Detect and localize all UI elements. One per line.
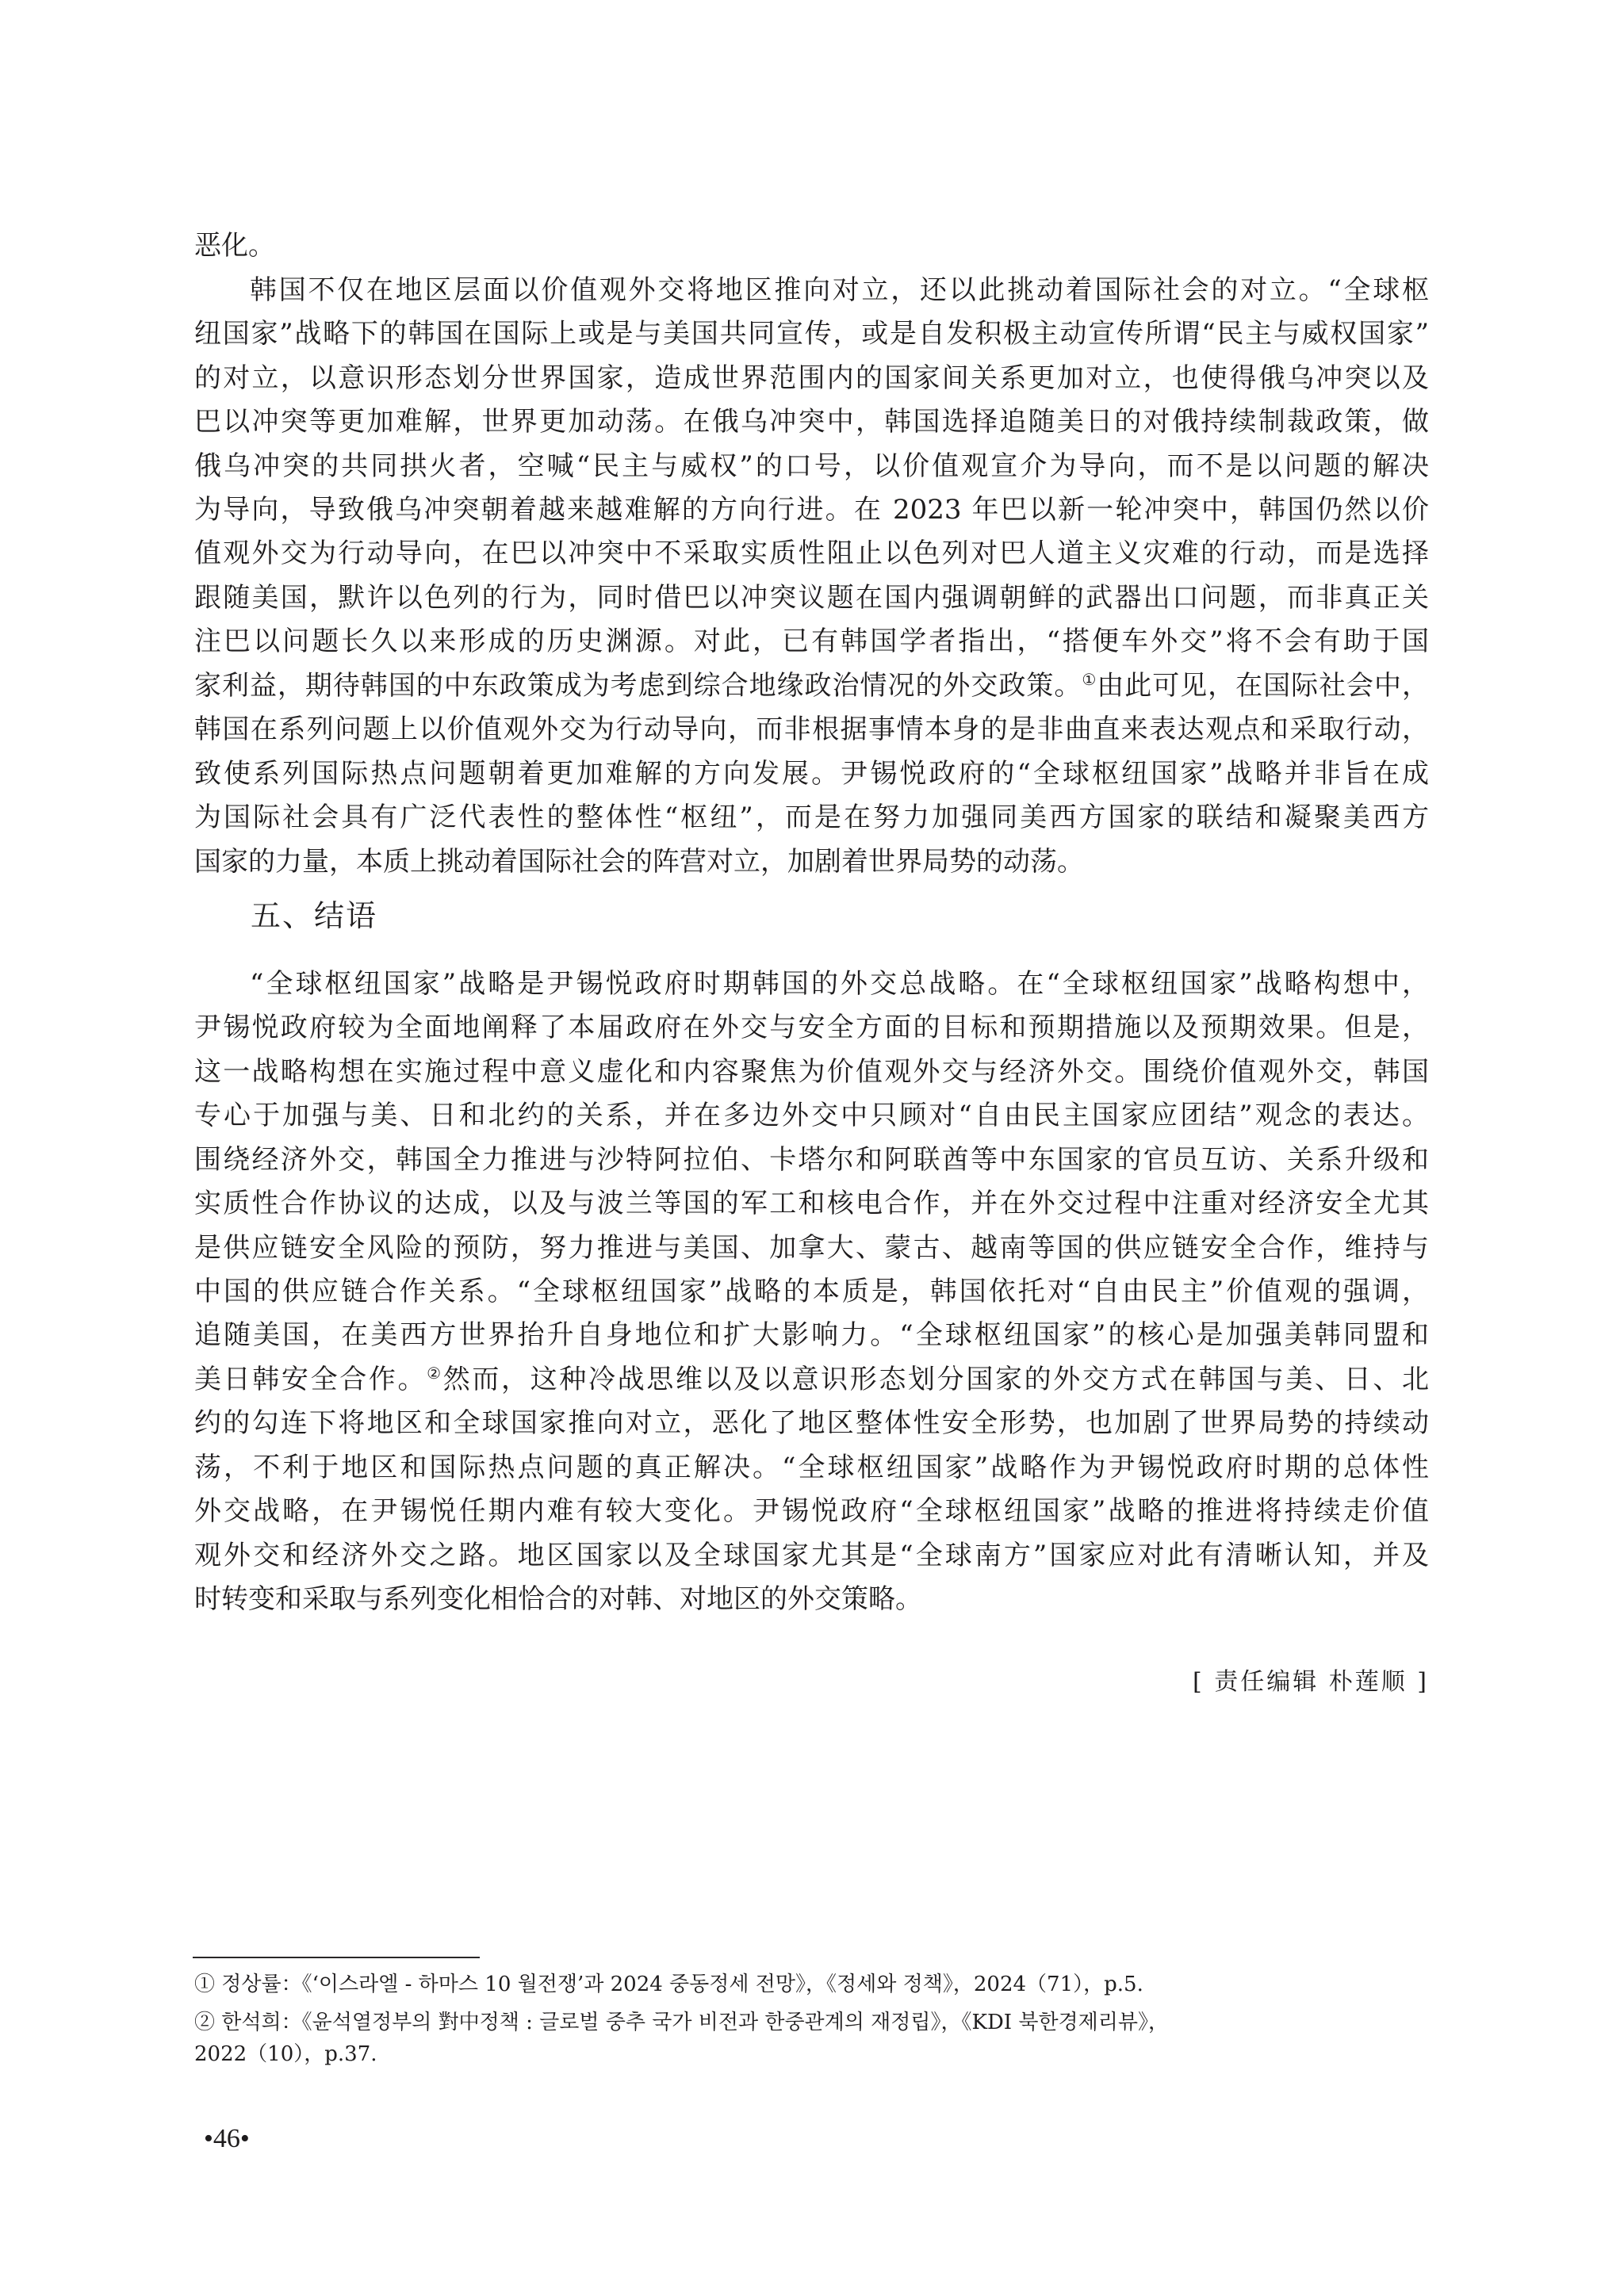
paragraph-2-line: 韩国在系列问题上以价值观外交为行动导向，而非根据事情本身的是非曲直来表达观点和采… <box>194 707 1429 752</box>
paragraph-2-line: 致使系列国际热点问题朝着更加难解的方向发展。尹锡悦政府的“全球枢纽国家”战略并非… <box>194 752 1429 796</box>
paragraph-3-line: 尹锡悦政府较为全面地阐释了本届政府在外交与安全方面的目标和预期措施以及预期效果。… <box>194 1005 1429 1050</box>
paragraph-3-line-with-footnote: 美日韩安全合作。②然而，这种冷战思维以及以意识形态划分国家的外交方式在韩国与美、… <box>194 1357 1429 1402</box>
document-page: 恶化。 韩国不仅在地区层面以价值观外交将地区推向对立，还以此挑动着国际社会的对立… <box>0 0 1624 2296</box>
paragraph-3-line: 围绕经济外交，韩国全力推进与沙特阿拉伯、卡塔尔和阿联酋等中东国家的官员互访、关系… <box>194 1138 1429 1182</box>
paragraph-1-line: 恶化。 <box>194 224 1429 268</box>
paragraph-3-line: 实质性合作协议的达成，以及与波兰等国的军工和核电合作，并在外交过程中注重对经济安… <box>194 1181 1429 1226</box>
footnote-2-mark: ② <box>194 2011 215 2034</box>
footnote-divider <box>193 1957 480 1958</box>
paragraph-2-line: 国家的力量，本质上挑动着国际社会的阵营对立，加剧着世界局势的动荡。 <box>194 840 1429 884</box>
paragraph-3-line: 约的勾连下将地区和全球国家推向对立，恶化了地区整体性安全形势，也加剧了世界局势的… <box>194 1401 1429 1445</box>
paragraph-2-line: 为国际社会具有广泛代表性的整体性“枢纽”，而是在努力加强同美西方国家的联结和凝聚… <box>194 795 1429 840</box>
paragraph-3-line: “全球枢纽国家”战略是尹锡悦政府时期韩国的外交总战略。在“全球枢纽国家”战略构想… <box>250 962 1429 1006</box>
footnote-ref-2[interactable]: ② <box>427 1364 443 1383</box>
line-text: 美日韩安全合作。 <box>194 1364 427 1395</box>
paragraph-2-line-with-footnote: 家利益，期待韩国的中东政策成为考虑到综合地缘政治情况的外交政策。①由此可见，在国… <box>194 664 1429 708</box>
footnote-1-mark: ① <box>194 1973 215 1996</box>
line-text: 家利益，期待韩国的中东政策成为考虑到综合地缘政治情况的外交政策。 <box>194 670 1082 702</box>
paragraph-2-line: 值观外交为行动导向，在巴以冲突中不采取实质性阻止以色列对巴人道主义灾难的行动，而… <box>194 531 1429 576</box>
paragraph-3-line: 专心于加强与美、日和北约的关系，并在多边外交中只顾对“自由民主国家应团结”观念的… <box>194 1093 1429 1138</box>
paragraph-2-line: 的对立，以意识形态划分世界国家，造成世界范围内的国家间关系更加对立，也使得俄乌冲… <box>194 356 1429 400</box>
footnote-1: ① 정상률：《‘이스라엘 - 하마스 10 월전쟁’과 2024 중동정세 전망… <box>194 1969 1143 2000</box>
paragraph-2-line: 跟随美国，默许以色列的行为，同时借巴以冲突议题在国内强调朝鲜的武器出口问题，而非… <box>194 576 1429 620</box>
line-text: 由此可见，在国际社会中， <box>1097 670 1429 702</box>
paragraph-3-line: 是供应链安全风险的预防，努力推进与美国、加拿大、蒙古、越南等国的供应链安全合作，… <box>194 1226 1429 1270</box>
footnote-2-continuation: 2022（10），p.37. <box>194 2038 377 2070</box>
paragraph-2-line: 注巴以问题长久以来形成的历史渊源。对此，已有韩国学者指出，“搭便车外交”将不会有… <box>194 619 1429 664</box>
paragraph-3-line: 外交战略，在尹锡悦任期内难有较大变化。尹锡悦政府“全球枢纽国家”战略的推进将持续… <box>194 1489 1429 1533</box>
page-number: •46• <box>204 2122 250 2156</box>
footnote-1-text: 정상률：《‘이스라엘 - 하마스 10 월전쟁’과 2024 중동정세 전망》，… <box>221 1973 1143 1996</box>
paragraph-3-line: 观外交和经济外交之路。地区国家以及全球国家尤其是“全球南方”国家应对此有清晰认知… <box>194 1533 1429 1578</box>
paragraph-2-line: 俄乌冲突的共同拱火者，空喊“民主与威权”的口号，以价值观宣介为导向，而不是以问题… <box>194 444 1429 488</box>
paragraph-2-line: 巴以冲突等更加难解，世界更加动荡。在俄乌冲突中，韩国选择追随美日的对俄持续制裁政… <box>194 400 1429 444</box>
section-heading: 五、结语 <box>251 894 377 937</box>
paragraph-2-line: 韩国不仅在地区层面以价值观外交将地区推向对立，还以此挑动着国际社会的对立。“全球… <box>250 268 1429 312</box>
paragraph-2-line: 纽国家”战略下的韩国在国际上或是与美国共同宣传，或是自发积极主动宣传所谓“民主与… <box>194 312 1429 356</box>
paragraph-3-line: 中国的供应链合作关系。“全球枢纽国家”战略的本质是，韩国依托对“自由民主”价值观… <box>194 1269 1429 1314</box>
paragraph-3-line: 追随美国，在美西方世界抬升自身地位和扩大影响力。“全球枢纽国家”的核心是加强美韩… <box>194 1313 1429 1357</box>
footnote-2: ② 한석희：《윤석열정부의 對中정책 : 글로벌 중추 국가 비전과 한중관계의… <box>194 2007 1169 2038</box>
paragraph-3-line: 这一战略构想在实施过程中意义虚化和内容聚焦为价值观外交与经济外交。围绕价值观外交… <box>194 1050 1429 1094</box>
responsible-editor-note: [ 责任编辑 朴莲顺 ] <box>1193 1665 1429 1700</box>
line-text: 然而，这种冷战思维以及以意识形态划分国家的外交方式在韩国与美、日、北 <box>443 1364 1429 1395</box>
paragraph-3-line: 时转变和采取与系列变化相恰合的对韩、对地区的外交策略。 <box>194 1577 1429 1621</box>
footnote-ref-1[interactable]: ① <box>1082 670 1097 689</box>
footnote-2-text: 한석희：《윤석열정부의 對中정책 : 글로벌 중추 국가 비전과 한중관계의 재… <box>221 2011 1169 2034</box>
paragraph-3-line: 荡，不利于地区和国际热点问题的真正解决。“全球枢纽国家”战略作为尹锡悦政府时期的… <box>194 1445 1429 1490</box>
paragraph-2-line: 为导向，导致俄乌冲突朝着越来越难解的方向行进。在 2023 年巴以新一轮冲突中，… <box>194 488 1429 532</box>
